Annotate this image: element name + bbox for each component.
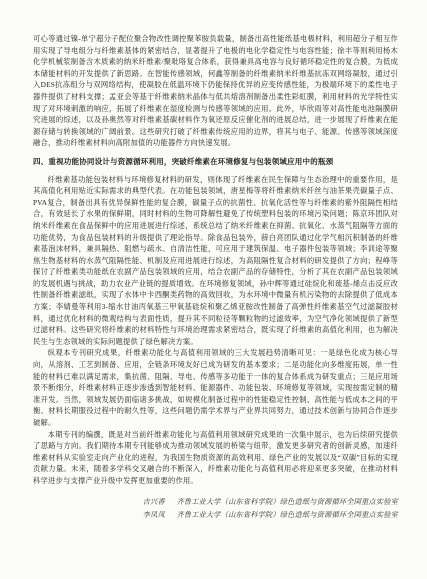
paragraph-trends-summary: 纵观本专刊研究成果，纤维素功能化与高值利用领域的三大发展趋势清晰可见：一是绿色化…: [33, 347, 398, 428]
paragraph-energy-continuation: 可心等通过镍-单宁超分子配位聚合物改性调控聚苯胺负载量，制备出高性能纸基电极材料…: [33, 33, 398, 149]
document-body: 可心等通过镍-单宁超分子配位聚合物改性调控聚苯胺负载量，制备出高性能纸基电极材料…: [33, 33, 398, 523]
editor-signature-block: 吉兴香齐鲁工业大学（山东省科学院）绿色造纸与资源循环全国重点实验室 李凤凤齐鲁工…: [33, 496, 398, 523]
document-page: 可心等通过镍-单宁超分子配位聚合物改性调控聚苯胺负载量，制备出高性能纸基电极材料…: [0, 0, 427, 579]
signature-line: 李凤凤齐鲁工业大学（山东省科学院）绿色造纸与资源循环全国重点实验室: [33, 509, 398, 523]
paragraph-closing-outlook: 本期专刊的编撰，既是对当前纤维素功能化与高值利用领域研究成果的一次集中展示，也为…: [33, 429, 398, 487]
section-heading-4: 四、重视功能协同设计与资源循环利用，突破纤维素在环境修复与包装领域应用中的瓶颈: [33, 156, 398, 168]
editor-affiliation: 齐鲁工业大学（山东省科学院）绿色造纸与资源循环全国重点实验室: [176, 511, 398, 519]
editor-name: 吉兴香: [143, 496, 165, 510]
paragraph-packaging-environment: 纤维素基功能包装材料与环境修复材料的研发，则体现了纤维素在民生保障与生态治理中的…: [33, 174, 398, 348]
editor-affiliation: 齐鲁工业大学（山东省科学院）绿色造纸与资源循环全国重点实验室: [176, 498, 398, 506]
editor-name: 李凤凤: [143, 509, 165, 523]
signature-line: 吉兴香齐鲁工业大学（山东省科学院）绿色造纸与资源循环全国重点实验室: [33, 496, 398, 510]
